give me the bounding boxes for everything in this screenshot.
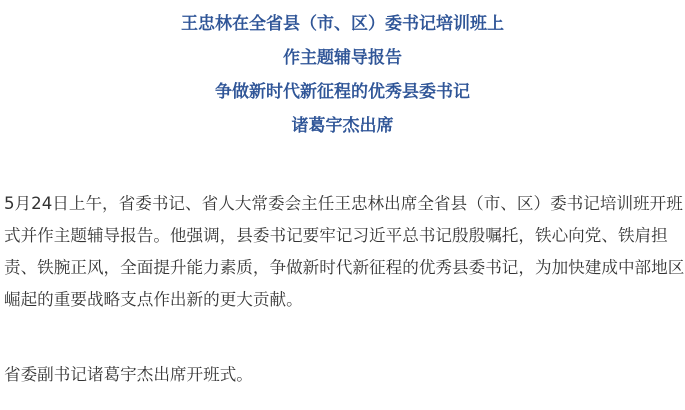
headline-line-2: 作主题辅导报告 xyxy=(0,50,685,67)
headline-line-3: 争做新时代新征程的优秀县委书记 xyxy=(0,84,685,101)
article-paragraph-1: 5月24日上午，省委书记、省人大常委会主任王忠林出席全省县（市、区）委书记培训班… xyxy=(4,188,685,316)
article-paragraph-2: 省委副书记诸葛宇杰出席开班式。 xyxy=(4,359,685,391)
headline-line-1: 王忠林在全省县（市、区）委书记培训班上 xyxy=(0,16,685,33)
headline-line-4: 诸葛宇杰出席 xyxy=(0,118,685,135)
article-headline: 王忠林在全省县（市、区）委书记培训班上 作主题辅导报告 争做新时代新征程的优秀县… xyxy=(0,16,685,152)
